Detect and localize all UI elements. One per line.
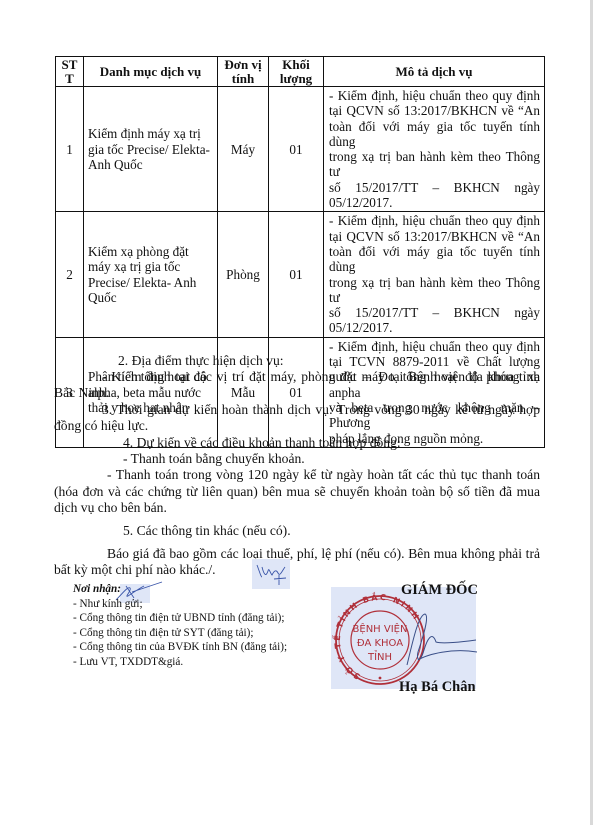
- cell-description: - Kiểm định, hiệu chuẩn theo quy địnhtại…: [324, 212, 545, 337]
- section-2-title: 2. Địa điểm thực hiện dịch vụ:: [70, 353, 540, 369]
- recipient-item: - Như kính gửi;: [73, 597, 287, 612]
- recipient-item: - Cổng thông tin điện tử UBND tỉnh (đăng…: [73, 611, 287, 626]
- section-4-item-1: - Thanh toán bằng chuyển khoản.: [70, 451, 540, 467]
- cell-description: - Kiểm định, hiệu chuẩn theo quy địnhtại…: [324, 87, 545, 212]
- cell-quantity: 01: [269, 87, 324, 212]
- description-line: - Kiểm định, hiệu chuẩn theo quy định: [329, 339, 540, 354]
- description-line: tại QCVN số 13:2017/BKHCN về “An: [329, 103, 540, 118]
- description-line: - Kiểm định, hiệu chuẩn theo quy định: [329, 88, 540, 103]
- header-description: Mô tả dịch vụ: [324, 57, 545, 87]
- description-line: 05/12/2017.: [329, 195, 540, 210]
- description-line: 05/12/2017.: [329, 320, 540, 335]
- official-stamp: SỞ Y TẾ TỈNH BẮC NINH BỆNH VIỆN ĐA KHOA …: [332, 590, 477, 690]
- director-signature-icon: [407, 614, 477, 665]
- description-line: tại QCVN số 13:2017/BKHCN về “An: [329, 229, 540, 244]
- recipients-list: - Như kính gửi;- Cổng thông tin điện tử …: [73, 597, 287, 670]
- recipient-item: - Cổng thông tin của BVĐK tỉnh BN (đăng …: [73, 640, 287, 655]
- cell-service-name: Kiểm định máy xạ trị gia tốc Precise/ El…: [84, 87, 218, 212]
- description-line: - Kiểm định, hiệu chuẩn theo quy định: [329, 213, 540, 228]
- cell-stt: 1: [56, 87, 84, 212]
- description-line: toàn đối với máy gia tốc tuyến tính dùng: [329, 119, 540, 150]
- cell-unit: Phòng: [218, 212, 269, 337]
- header-stt-line1: ST: [62, 57, 78, 72]
- cell-service-name: Kiểm xạ phòng đặt máy xạ trị gia tốc Pre…: [84, 212, 218, 337]
- table-header-row: STT Danh mục dịch vụ Đơn vịtính Khốilượn…: [56, 57, 545, 87]
- header-stt-line2: T: [65, 71, 74, 86]
- cell-stt: 2: [56, 212, 84, 337]
- cell-unit: Máy: [218, 87, 269, 212]
- recipient-item: - Cổng thông tin điện tử SYT (đăng tải);: [73, 626, 287, 641]
- section-2-body: - Kiểm định tại các vị trí đặt máy, phòn…: [54, 369, 540, 401]
- header-quantity: Khốilượng: [269, 57, 324, 87]
- description-line: toàn đối với máy gia tốc tuyến tính dùng: [329, 244, 540, 275]
- stamp-seal-icon: SỞ Y TẾ TỈNH BẮC NINH BỆNH VIỆN ĐA KHOA …: [332, 590, 424, 684]
- section-4-title: 4. Dự kiến về các điều khoản thanh toán …: [70, 435, 540, 451]
- svg-text:ĐA KHOA: ĐA KHOA: [357, 638, 403, 649]
- section-4-item-2: - Thanh toán trong vòng 120 ngày kể từ n…: [54, 467, 540, 516]
- signer-name: Hạ Bá Chân: [399, 679, 476, 696]
- description-line: trong xạ trị ban hành kèm theo Thông tư: [329, 149, 540, 180]
- recipients-block: Nơi nhận: - Như kính gửi;- Cổng thông ti…: [73, 582, 287, 670]
- header-unit-line1: Đơn vị: [224, 57, 261, 72]
- table-row: 2Kiểm xạ phòng đặt máy xạ trị gia tốc Pr…: [56, 212, 545, 337]
- description-line: số 15/2017/TT – BKHCN ngày: [329, 180, 540, 195]
- header-unit-line2: tính: [232, 71, 254, 86]
- section-3-body: 3. Thời gian dự kiến hoàn thành dịch vụ:…: [54, 402, 540, 434]
- header-qty-line1: Khối: [282, 57, 309, 72]
- svg-text:BỆNH VIỆN: BỆNH VIỆN: [353, 622, 408, 635]
- header-stt: STT: [56, 57, 84, 87]
- recipients-title: Nơi nhận:: [73, 582, 287, 597]
- header-unit: Đơn vịtính: [218, 57, 269, 87]
- cell-quantity: 01: [269, 212, 324, 337]
- document-body: 2. Địa điểm thực hiện dịch vụ: - Kiểm đị…: [70, 353, 540, 579]
- description-line: trong xạ trị ban hành kèm theo Thông tư: [329, 275, 540, 306]
- recipient-item: - Lưu VT, TXDDT&giá.: [73, 655, 287, 670]
- section-5-body: Báo giá đã bao gồm các loại thuế, phí, l…: [54, 546, 540, 578]
- header-qty-line2: lượng: [280, 71, 312, 86]
- header-service-name: Danh mục dịch vụ: [84, 57, 218, 87]
- table-row: 1Kiểm định máy xạ trị gia tốc Precise/ E…: [56, 87, 545, 212]
- section-5-title: 5. Các thông tin khác (nếu có).: [70, 523, 540, 539]
- description-line: số 15/2017/TT – BKHCN ngày: [329, 305, 540, 320]
- svg-text:TỈNH: TỈNH: [367, 649, 392, 663]
